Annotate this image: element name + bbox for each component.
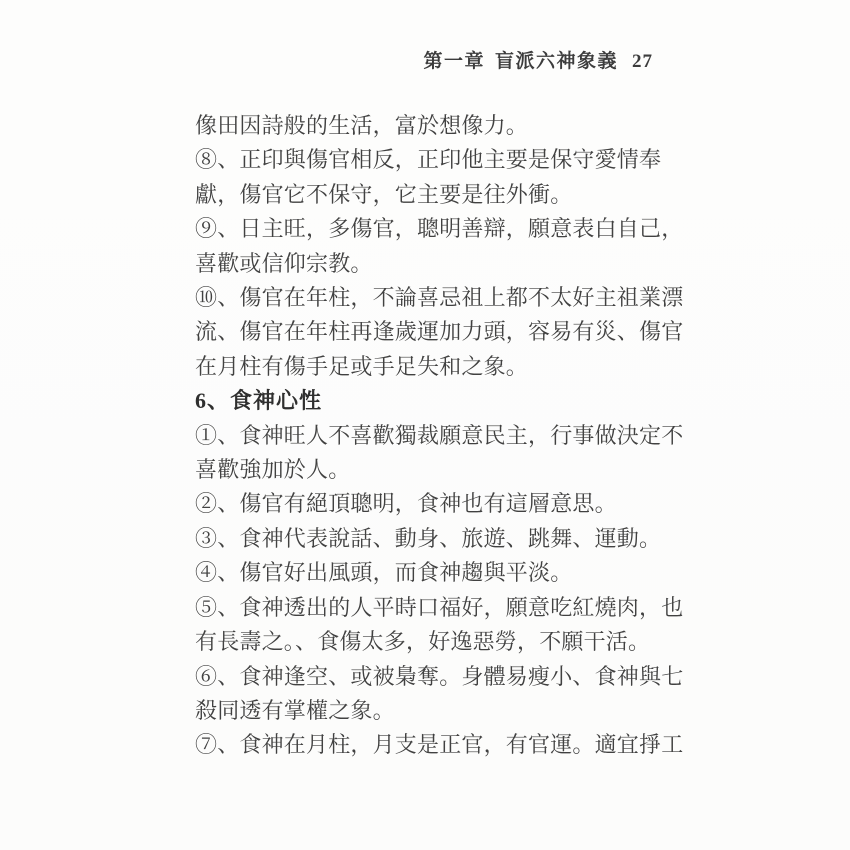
text-line: 喜歡強加於人。 [195,453,687,487]
header-chapter: 第一章 [423,46,485,73]
text-line: 喜歡或信仰宗教。 [195,247,687,281]
text-line: 像田因詩般的生活，富於想像力。 [195,109,687,143]
book-page: 第一章 盲派六神象義 27 像田因詩般的生活，富於想像力。 ⑧、正印與傷官相反，… [0,0,850,850]
text-line: ④、傷官好出風頭，而食神趨與平淡。 [195,556,687,590]
text-line: ⑨、日主旺，多傷官，聰明善辯，願意表白自己， [195,212,687,246]
text-line: 殺同透有掌權之象。 [195,694,687,728]
text-line: ②、傷官有絕頂聰明，食神也有這層意思。 [195,487,687,521]
text-line: ⑩、傷官在年柱，不論喜忌祖上都不太好主祖業漂 [195,281,687,315]
page-body: 像田因詩般的生活，富於想像力。 ⑧、正印與傷官相反，正印他主要是保守愛情奉 獻，… [195,109,687,763]
header-title: 盲派六神象義 [495,46,618,73]
text-line: 在月柱有傷手足或手足失和之象。 [195,350,687,384]
text-line: ③、食神代表說話、動身、旅遊、跳舞、運動。 [195,522,687,556]
text-line: 獻，傷官它不保守，它主要是往外衝。 [195,178,687,212]
text-line: ⑦、食神在月柱，月支是正官，有官運。適宜掙工 [195,728,687,762]
text-line: ⑤、食神透出的人平時口福好，願意吃紅燒肉，也 [195,591,687,625]
header-page-number: 27 [632,51,653,73]
running-header: 第一章 盲派六神象義 27 [423,46,653,73]
text-line: ①、食神旺人不喜歡獨裁願意民主，行事做決定不 [195,419,687,453]
text-line: ⑧、正印與傷官相反，正印他主要是保守愛情奉 [195,143,687,177]
text-line: 有長壽之。、食傷太多，好逸惡勞，不願干活。 [195,625,687,659]
text-line: 流、傷官在年柱再逢歲運加力頭，容易有災、傷官 [195,315,687,349]
section-heading: 6、食神心性 [195,384,687,418]
text-line: ⑥、食神逢空、或被梟奪。身體易瘦小、食神與七 [195,660,687,694]
